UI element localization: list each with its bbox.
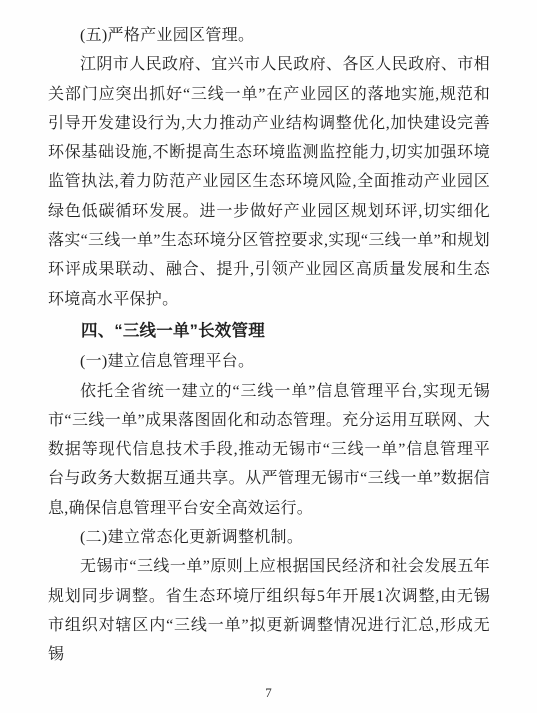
paragraph-update-adjustment-mechanism: 无锡市“三线一单”原则上应根据国民经济和社会发展五年规划同步调整。省生态环境厅组… [48, 552, 490, 669]
document-scan: { "page": { "number": "7" }, "colors": {… [0, 0, 537, 713]
subheading-update-adjustment-mechanism: (二)建立常态化更新调整机制。 [48, 523, 490, 552]
document-page: (五)严格产业园区管理。 江阴市人民政府、宜兴市人民政府、各区人民政府、市相关部… [48, 21, 490, 670]
page-number: 7 [0, 685, 537, 701]
paragraph-industrial-park-implementation: 江阴市人民政府、宜兴市人民政府、各区人民政府、市相关部门应突出抓好“三线一单”在… [48, 50, 490, 314]
subheading-strict-industrial-park-management: (五)严格产业园区管理。 [48, 21, 490, 50]
section-heading-long-term-management: 四、“三线一单”长效管理 [48, 317, 490, 346]
subheading-information-platform: (一)建立信息管理平台。 [48, 347, 490, 376]
paragraph-information-platform: 依托全省统一建立的“三线一单”信息管理平台,实现无锡市“三线一单”成果落图固化和… [48, 377, 490, 523]
